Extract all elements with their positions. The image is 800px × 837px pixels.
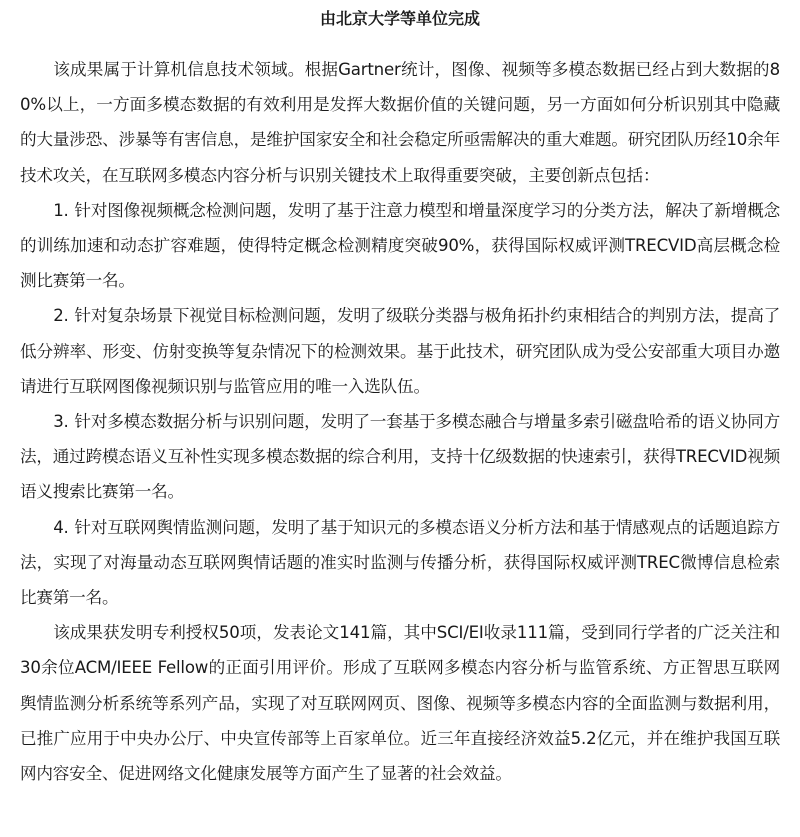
- intro-paragraph: 该成果属于计算机信息技术领域。根据Gartner统计，图像、视频等多模态数据已经…: [20, 52, 780, 193]
- innovation-text: 针对互联网舆情监测问题，发明了基于知识元的多模态语义分析方法和基于情感观点的话题…: [20, 518, 780, 607]
- innovation-text: 针对多模态数据分析与识别问题，发明了一套基于多模态融合与增量多索引磁盘哈希的语义…: [20, 412, 780, 501]
- innovation-item-4: 4.针对互联网舆情监测问题，发明了基于知识元的多模态语义分析方法和基于情感观点的…: [20, 510, 780, 616]
- innovation-text: 针对图像视频概念检测问题，发明了基于注意力模型和增量深度学习的分类方法，解决了新…: [20, 201, 780, 290]
- innovation-number: 2.: [53, 306, 68, 325]
- innovation-item-3: 3.针对多模态数据分析与识别问题，发明了一套基于多模态融合与增量多索引磁盘哈希的…: [20, 404, 780, 510]
- innovation-item-1: 1.针对图像视频概念检测问题，发明了基于注意力模型和增量深度学习的分类方法，解决…: [20, 193, 780, 299]
- innovation-number: 3.: [53, 412, 68, 431]
- innovation-number: 1.: [53, 201, 68, 220]
- document-body: 该成果属于计算机信息技术领域。根据Gartner统计，图像、视频等多模态数据已经…: [20, 52, 780, 791]
- innovation-number: 4.: [53, 518, 68, 537]
- conclusion-paragraph: 该成果获发明专利授权50项，发表论文141篇，其中SCI/EI收录111篇，受到…: [20, 615, 780, 791]
- document: 由北京大学等单位完成 该成果属于计算机信息技术领域。根据Gartner统计，图像…: [0, 9, 800, 791]
- document-title: 由北京大学等单位完成: [20, 9, 780, 29]
- innovation-item-2: 2.针对复杂场景下视觉目标检测问题，发明了级联分类器与极角拓扑约束相结合的判别方…: [20, 298, 780, 404]
- innovation-text: 针对复杂场景下视觉目标检测问题，发明了级联分类器与极角拓扑约束相结合的判别方法，…: [20, 306, 780, 395]
